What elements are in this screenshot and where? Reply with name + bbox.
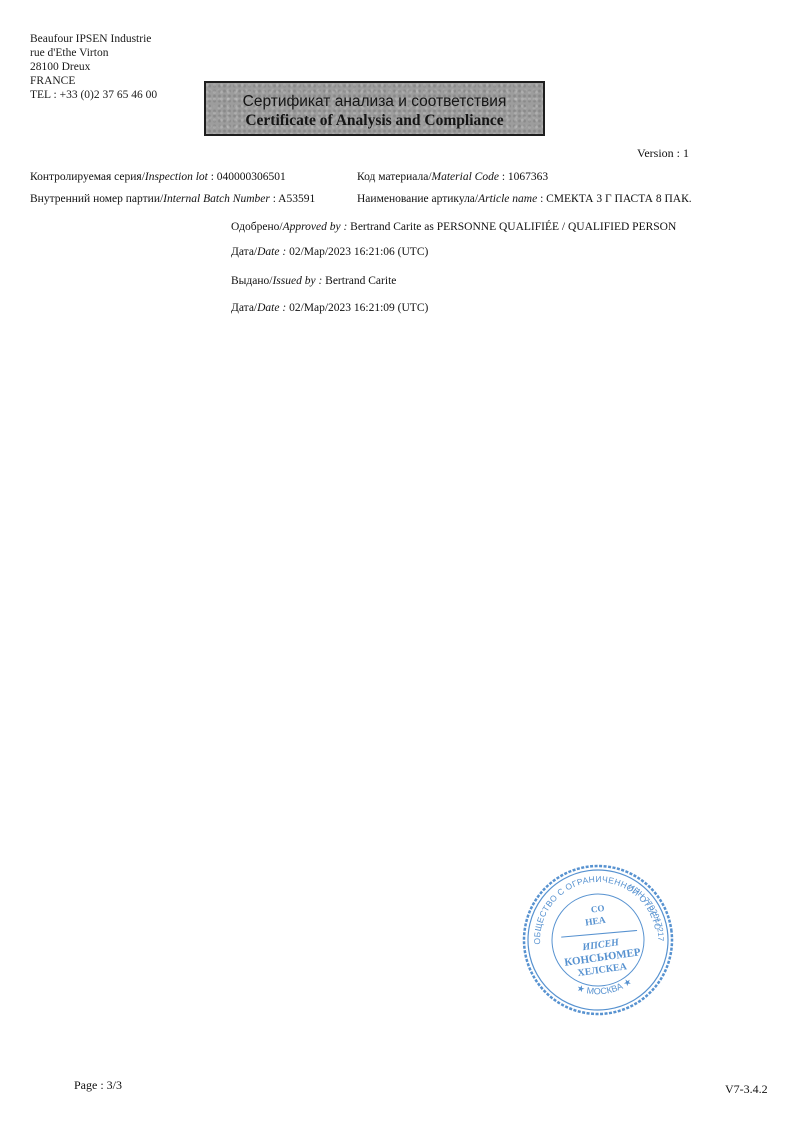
article-name-label-ru: Наименование артикула/ [357,193,478,205]
issued-by-label-ru: Выдано/ [231,275,272,287]
material-code-value: 1067363 [508,171,548,183]
approved-date-line: Дата/Date : 02/Мар/2023 16:21:06 (UTC) [231,246,428,258]
inspection-lot-value: 040000306501 [217,171,286,183]
document-title-en: Certificate of Analysis and Compliance [206,111,543,131]
svg-text:★ МОСКВА ★: ★ МОСКВА ★ [574,975,634,1000]
article-name-sep: : [537,193,546,205]
material-code-label-en: Material Code [432,171,499,183]
article-name-field: Наименование артикула/Article name : СМЕ… [357,193,692,205]
issued-date-label-ru: Дата/ [231,302,257,314]
approved-date-value: 02/Мар/2023 16:21:06 (UTC) [286,246,428,258]
material-code-label-ru: Код материала/ [357,171,432,183]
approved-date-label-ru: Дата/ [231,246,257,258]
internal-batch-value: A53591 [278,193,315,205]
sender-street: rue d'Ethe Virton [30,46,157,60]
inspection-lot-label-en: Inspection lot [145,171,208,183]
page-number: Page : 3/3 [74,1078,122,1093]
article-name-value: СМЕКТА 3 Г ПАСТА 8 ПАК. [546,193,692,205]
internal-batch-field: Внутренний номер партии/Internal Batch N… [30,193,315,205]
svg-text:НЕА: НЕА [585,916,607,929]
issued-date-label-en: Date : [257,302,286,314]
inspection-lot-field: Контролируемая серия/Inspection lot : 04… [30,171,286,183]
approved-by-label-ru: Одобрено/ [231,221,283,233]
issued-date-line: Дата/Date : 02/Мар/2023 16:21:09 (UTC) [231,302,428,314]
article-name-label-en: Article name [478,193,537,205]
template-version: V7-3.4.2 [725,1082,768,1097]
document-version: Version : 1 [637,146,689,161]
material-code-field: Код материала/Material Code : 1067363 [357,171,548,183]
issued-date-value: 02/Мар/2023 16:21:09 (UTC) [286,302,428,314]
inspection-lot-label-ru: Контролируемая серия/ [30,171,145,183]
issued-by-value: Bertrand Carite [322,275,396,287]
sender-country: FRANCE [30,74,157,88]
issued-by-label-en: Issued by : [272,275,322,287]
approved-by-value: Bertrand Carite as PERSONNE QUALIFIÉE / … [347,221,676,233]
approved-date-label-en: Date : [257,246,286,258]
sender-address: Beaufour IPSEN Industrie rue d'Ethe Virt… [30,32,157,102]
company-seal-stamp: ОБЩЕСТВО С ОГРАНИЧЕННОЙ ОТВЕТСТВЕННОСТЬЮ… [520,862,676,1018]
internal-batch-label-ru: Внутренний номер партии/ [30,193,163,205]
seal-icon: ОБЩЕСТВО С ОГРАНИЧЕННОЙ ОТВЕТСТВЕННОСТЬЮ… [520,862,676,1018]
sender-phone: TEL : +33 (0)2 37 65 46 00 [30,88,157,102]
svg-text:СО: СО [590,903,605,915]
approved-by-label-en: Approved by : [283,221,348,233]
inspection-lot-sep: : [208,171,217,183]
approved-by-line: Одобрено/Approved by : Bertrand Carite a… [231,221,676,233]
sender-company: Beaufour IPSEN Industrie [30,32,157,46]
material-code-sep: : [499,171,508,183]
internal-batch-sep: : [270,193,278,205]
issued-by-line: Выдано/Issued by : Bertrand Carite [231,275,396,287]
sender-city: 28100 Dreux [30,60,157,74]
internal-batch-label-en: Internal Batch Number [163,193,270,205]
document-title-box: Сертификат анализа и соответствия Certif… [204,81,545,136]
document-title-ru: Сертификат анализа и соответствия [206,93,543,111]
